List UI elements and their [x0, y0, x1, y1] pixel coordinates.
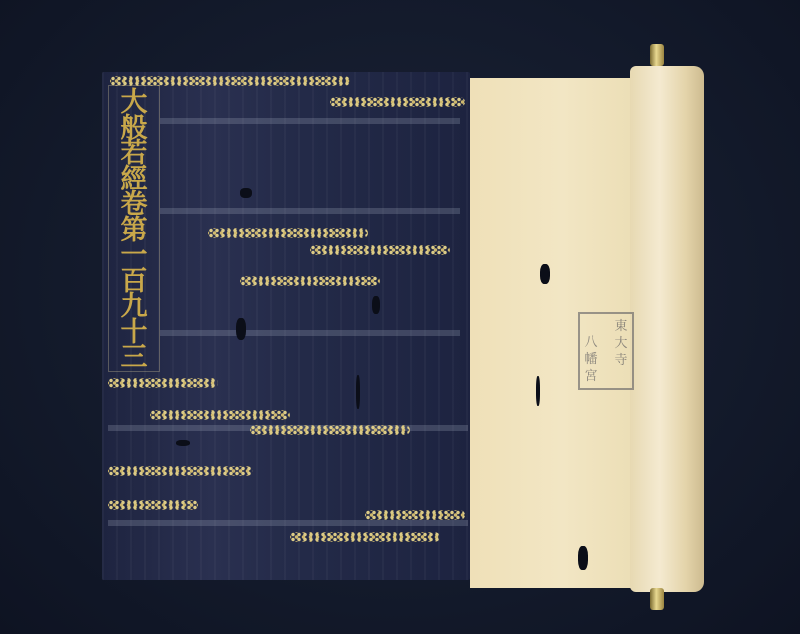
seal-column: 東大寺 [614, 318, 628, 369]
gold-leaf-band [330, 97, 465, 107]
gold-leaf-band [150, 410, 290, 420]
sutra-title: 大 般 若 經 卷 第 一 百 九 十 三 [114, 90, 154, 371]
gold-leaf-band [290, 532, 440, 542]
title-char: 九 [114, 294, 154, 320]
worm-hole [176, 440, 190, 446]
title-char: 卷 [114, 192, 154, 218]
title-char: 三 [114, 345, 154, 371]
gold-leaf-band [110, 76, 350, 86]
silver-streak [160, 330, 460, 336]
roller-knob-top [650, 44, 664, 66]
gold-leaf-band [108, 466, 253, 476]
title-char: 若 [114, 141, 154, 167]
gold-leaf-band [108, 500, 198, 510]
gold-leaf-band [208, 228, 368, 238]
title-char: 大 [114, 90, 154, 116]
worm-hole [236, 318, 246, 340]
gold-leaf-band [365, 510, 465, 520]
worm-hole [578, 546, 588, 570]
silver-streak [160, 118, 460, 124]
silver-streak [108, 520, 468, 526]
roller-knob-bottom [650, 588, 664, 610]
title-char: 一 [114, 243, 154, 269]
gold-leaf-band [310, 245, 450, 255]
worm-hole [356, 375, 360, 409]
gold-leaf-band [250, 425, 410, 435]
worm-hole [240, 188, 252, 198]
worm-hole [372, 296, 380, 314]
silver-streak [160, 208, 460, 214]
worm-hole [536, 376, 540, 406]
gold-leaf-band [240, 276, 380, 286]
seal-column: 八幡宮 [584, 334, 598, 385]
rolled-scroll [630, 66, 704, 592]
temple-seal-stamp: 東大寺 八幡宮 [578, 312, 634, 390]
gold-leaf-band [108, 378, 218, 388]
worm-hole [540, 264, 550, 284]
